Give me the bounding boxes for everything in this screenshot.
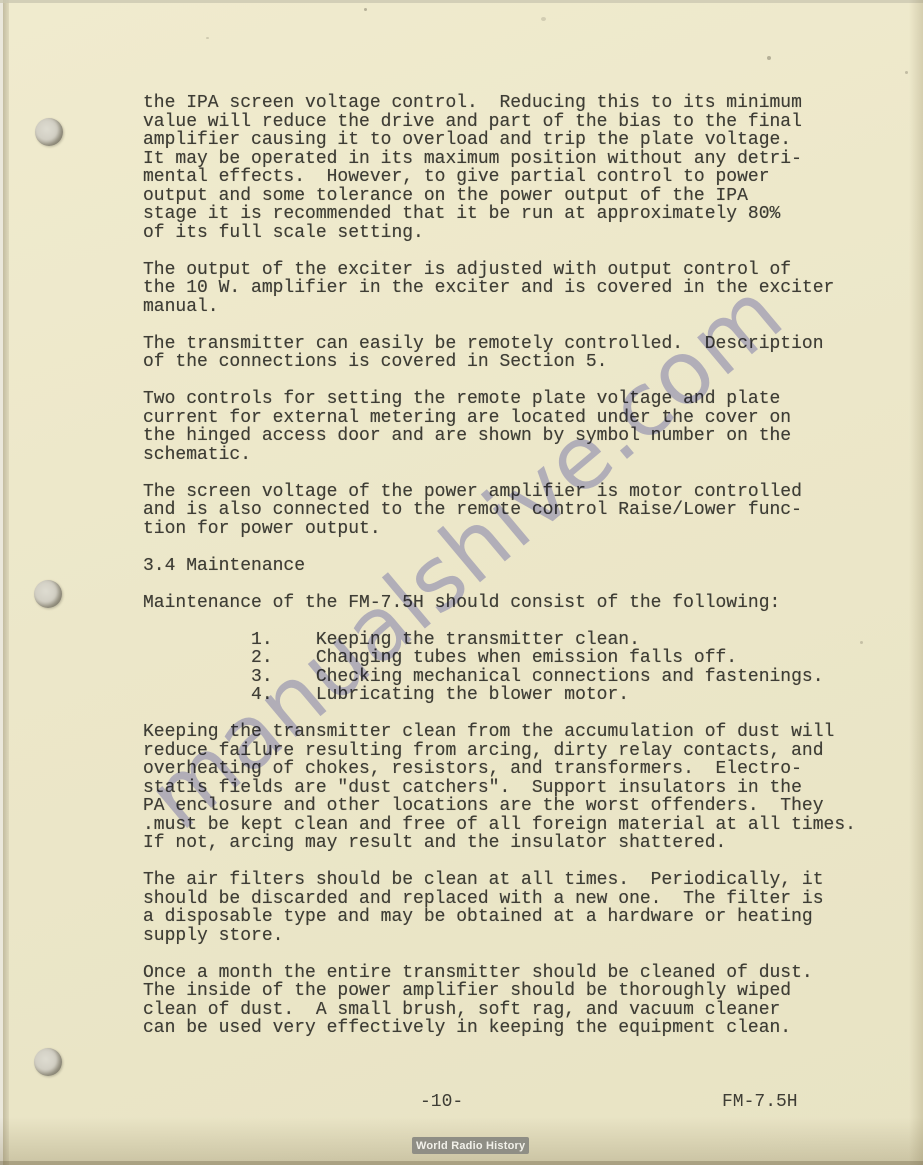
text-block: the IPA screen voltage control. Reducing…: [143, 94, 856, 1056]
text-line: If not, arcing may result and the insula…: [143, 834, 856, 853]
text-line: The screen voltage of the power amplifie…: [143, 483, 856, 502]
text-line: PA enclosure and other locations are the…: [143, 797, 856, 816]
scan-speck: [364, 8, 367, 11]
text-line: the IPA screen voltage control. Reducing…: [143, 94, 856, 113]
scan-edge-top: [0, 0, 923, 3]
text-line: The inside of the power amplifier should…: [143, 982, 856, 1001]
text-line: Once a month the entire transmitter shou…: [143, 964, 856, 983]
punch-hole-top: [35, 118, 63, 146]
text-line: 2. Changing tubes when emission falls of…: [143, 649, 856, 668]
para-remote-metering-controls: Two controls for setting the remote plat…: [143, 390, 856, 464]
text-line: current for external metering are locate…: [143, 409, 856, 428]
world-radio-history-stamp: World Radio History: [412, 1137, 529, 1154]
text-line: statis fields are "dust catchers". Suppo…: [143, 779, 856, 798]
text-line: The air filters should be clean at all t…: [143, 871, 856, 890]
text-line: stage it is recommended that it be run a…: [143, 205, 856, 224]
para-remote-control: The transmitter can easily be remotely c…: [143, 335, 856, 372]
para-screen-voltage-motor: The screen voltage of the power amplifie…: [143, 483, 856, 539]
text-line: value will reduce the drive and part of …: [143, 113, 856, 132]
text-line: and is also connected to the remote cont…: [143, 501, 856, 520]
text-line: of the connections is covered in Section…: [143, 353, 856, 372]
document-reference: FM-7.5H: [722, 1092, 798, 1112]
text-line: 1. Keeping the transmitter clean.: [143, 631, 856, 650]
text-line: supply store.: [143, 927, 856, 946]
page-number: -10-: [420, 1092, 463, 1112]
text-line: manual.: [143, 298, 856, 317]
text-line: reduce failure resulting from arcing, di…: [143, 742, 856, 761]
punch-hole-bottom: [34, 1048, 62, 1076]
text-line: .must be kept clean and free of all fore…: [143, 816, 856, 835]
text-line: clean of dust. A small brush, soft rag, …: [143, 1001, 856, 1020]
heading-maintenance: 3.4 Maintenance: [143, 557, 856, 576]
para-ipa-screen-control: the IPA screen voltage control. Reducing…: [143, 94, 856, 242]
scanned-manual-page: the IPA screen voltage control. Reducing…: [0, 0, 923, 1165]
scan-speck: [767, 56, 771, 60]
text-line: output and some tolerance on the power o…: [143, 187, 856, 206]
text-line: can be used very effectively in keeping …: [143, 1019, 856, 1038]
text-line: 4. Lubricating the blower motor.: [143, 686, 856, 705]
scan-speck: [541, 17, 546, 21]
text-line: the hinged access door and are shown by …: [143, 427, 856, 446]
text-line: overheating of chokes, resistors, and tr…: [143, 760, 856, 779]
text-line: schematic.: [143, 446, 856, 465]
text-line: It may be operated in its maximum positi…: [143, 150, 856, 169]
text-line: mental effects. However, to give partial…: [143, 168, 856, 187]
scan-edge-bottom: [0, 1161, 923, 1165]
scan-speck: [905, 71, 908, 74]
text-line: The transmitter can easily be remotely c…: [143, 335, 856, 354]
text-line: a disposable type and may be obtained at…: [143, 908, 856, 927]
para-exciter-output: The output of the exciter is adjusted wi…: [143, 261, 856, 317]
list-maintenance-items: 1. Keeping the transmitter clean. 2. Cha…: [143, 631, 856, 705]
text-line: 3.4 Maintenance: [143, 557, 856, 576]
scan-edge-right: [909, 0, 923, 1165]
text-line: 3. Checking mechanical connections and f…: [143, 668, 856, 687]
scan-edge-left-line: [3, 0, 9, 1165]
text-line: the 10 W. amplifier in the exciter and i…: [143, 279, 856, 298]
para-maintenance-intro: Maintenance of the FM-7.5H should consis…: [143, 594, 856, 613]
para-air-filters: The air filters should be clean at all t…: [143, 871, 856, 945]
punch-hole-middle: [34, 580, 62, 608]
para-monthly-cleaning: Once a month the entire transmitter shou…: [143, 964, 856, 1038]
scan-speck: [206, 37, 209, 39]
text-line: Two controls for setting the remote plat…: [143, 390, 856, 409]
text-line: Keeping the transmitter clean from the a…: [143, 723, 856, 742]
text-line: tion for power output.: [143, 520, 856, 539]
text-line: of its full scale setting.: [143, 224, 856, 243]
scan-speck: [860, 641, 863, 644]
text-line: should be discarded and replaced with a …: [143, 890, 856, 909]
para-keeping-clean: Keeping the transmitter clean from the a…: [143, 723, 856, 853]
text-line: Maintenance of the FM-7.5H should consis…: [143, 594, 856, 613]
text-line: amplifier causing it to overload and tri…: [143, 131, 856, 150]
text-line: The output of the exciter is adjusted wi…: [143, 261, 856, 280]
